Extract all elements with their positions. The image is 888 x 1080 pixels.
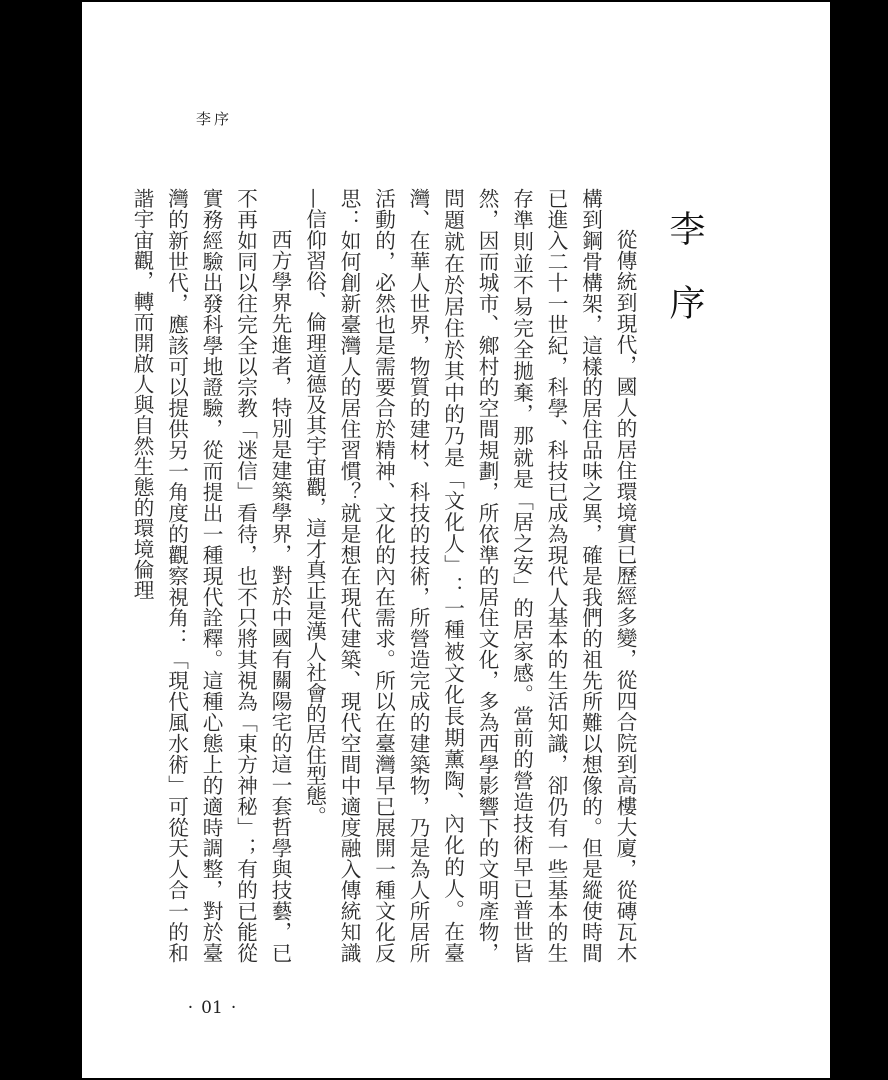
- folio-number: 01: [201, 998, 223, 1018]
- folio-left-dot: ·: [188, 998, 193, 1018]
- body-text: 從傳統到現代，國人的居住環境實已歷經多變，從四合院到高樓大廈，從磚瓦木構到鋼骨構…: [196, 188, 642, 963]
- book-page: 李序 李序 從傳統到現代，國人的居住環境實已歷經多變，從四合院到高樓大廈，從磚瓦…: [82, 2, 830, 1078]
- running-head: 李序: [196, 108, 232, 129]
- folio-right-dot: ·: [231, 998, 236, 1018]
- chapter-title: 李序: [664, 210, 704, 358]
- page-number: ·01·: [82, 998, 342, 1018]
- paragraph-2: 西方學界先進者，特別是建築學界，對於中國有關陽宅的這一套哲學與技藝，已不再如同以…: [125, 188, 298, 963]
- paragraph-1: 從傳統到現代，國人的居住環境實已歷經多變，從四合院到高樓大廈，從磚瓦木構到鋼骨構…: [297, 188, 642, 963]
